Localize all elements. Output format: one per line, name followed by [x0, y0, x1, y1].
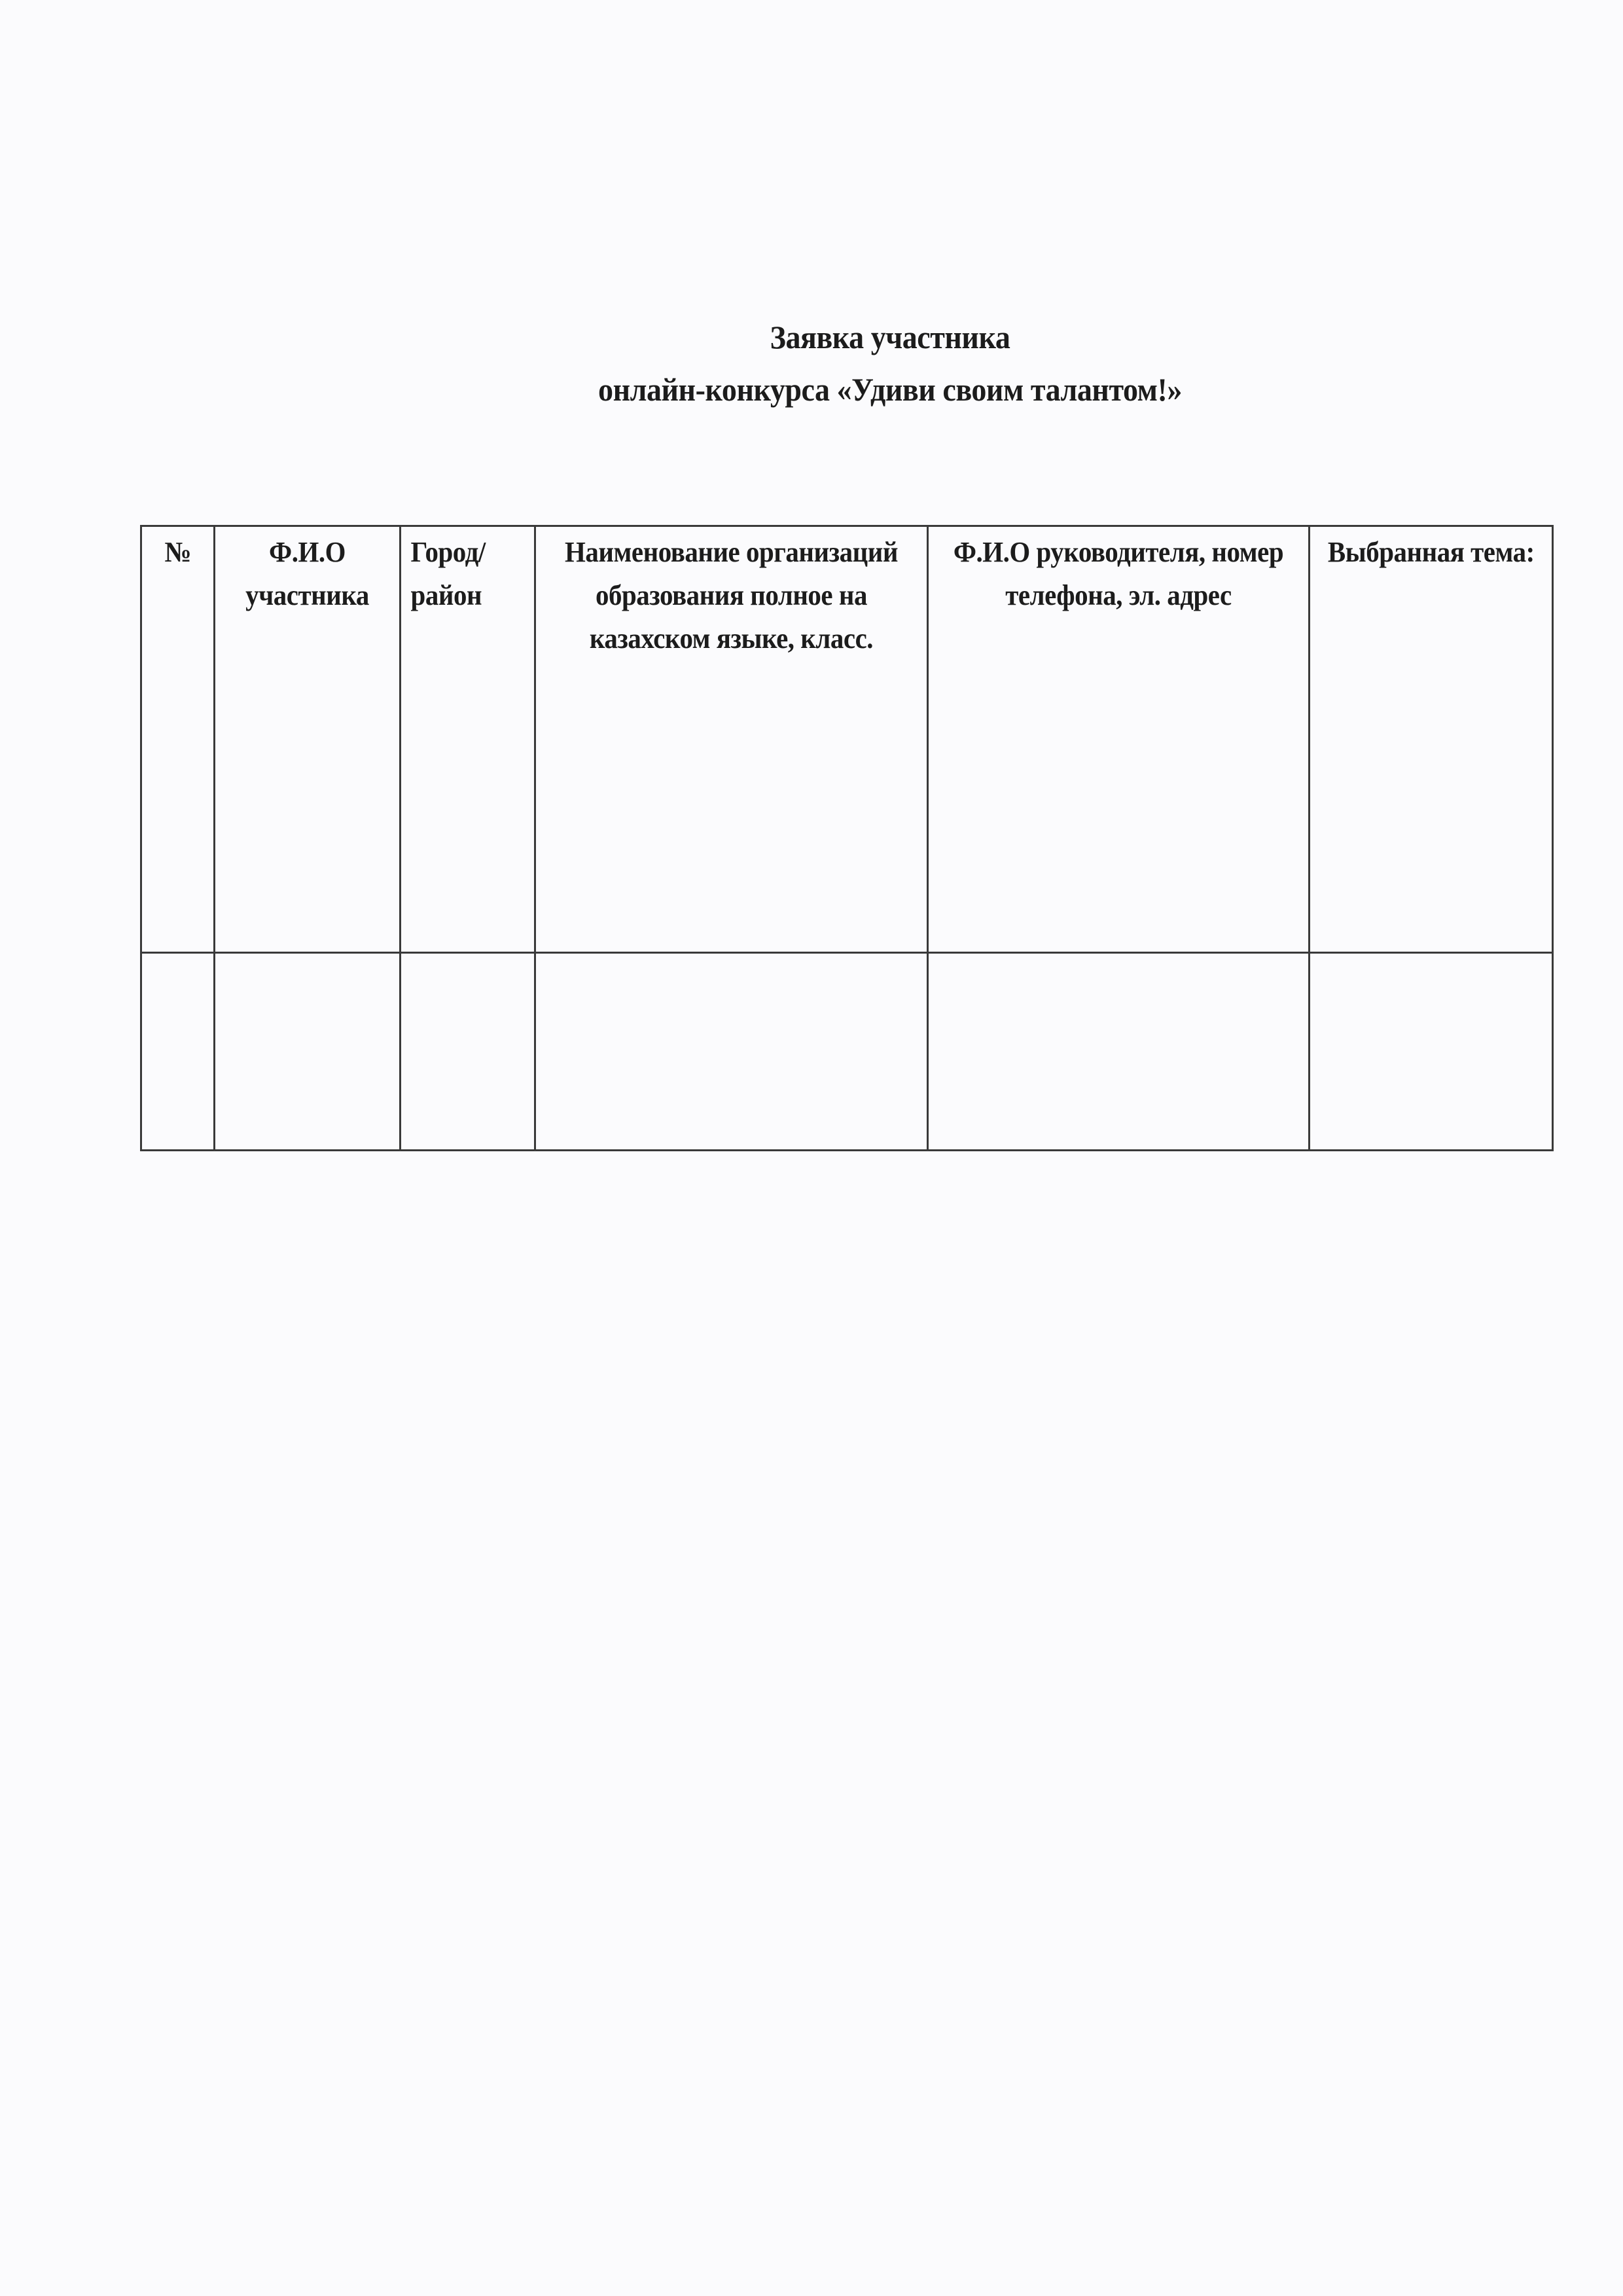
cell-supervisor-contact[interactable] [928, 953, 1310, 1151]
header-supervisor-contact: Ф.И.О руководителя, номер телефона, эл. … [928, 526, 1310, 953]
document-title: Заявка участника [143, 318, 1623, 356]
header-organization: Наименование организаций образования пол… [535, 526, 928, 953]
cell-chosen-topic[interactable] [1310, 953, 1553, 1151]
table-row [141, 953, 1553, 1151]
cell-city-district[interactable] [401, 953, 535, 1151]
header-city-district: Город/ район [401, 526, 535, 953]
table-header-row: № Ф.И.О участника Город/ район Наименова… [141, 526, 1553, 953]
header-participant-name: Ф.И.О участника [215, 526, 401, 953]
application-table: № Ф.И.О участника Город/ район Наименова… [140, 525, 1554, 1151]
cell-number[interactable] [141, 953, 215, 1151]
document-subtitle: онлайн-конкурса «Удиви своим талантом!» [143, 370, 1623, 408]
cell-organization[interactable] [535, 953, 928, 1151]
header-number: № [141, 526, 215, 953]
header-chosen-topic: Выбранная тема: [1310, 526, 1553, 953]
cell-participant-name[interactable] [215, 953, 401, 1151]
